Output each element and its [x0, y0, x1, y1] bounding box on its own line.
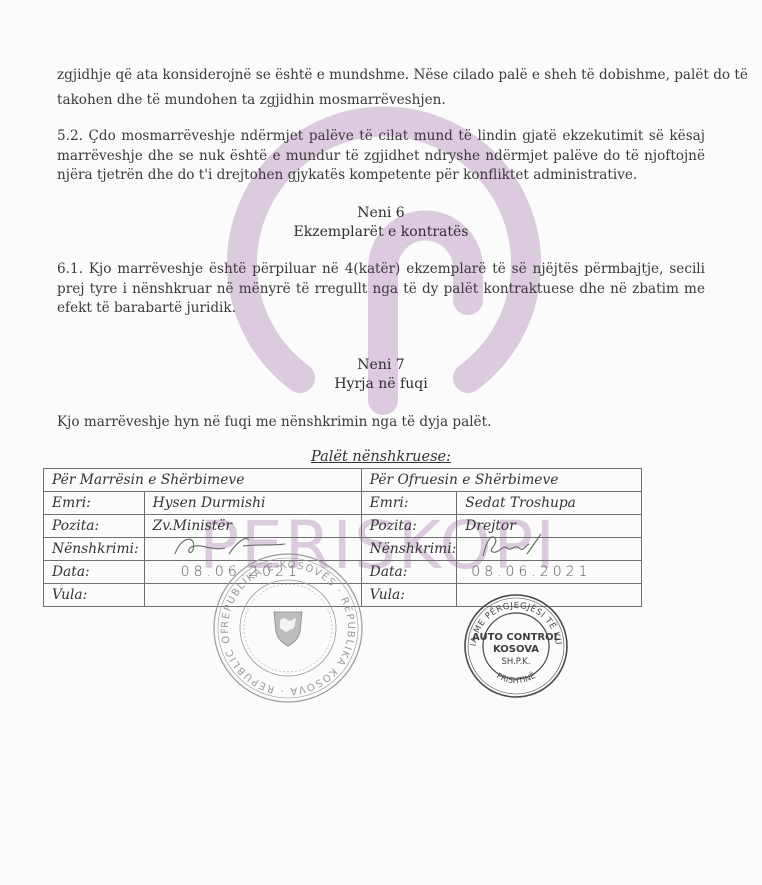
left-signature-cell [144, 538, 361, 561]
paragraph-continuation-line-1: zgjidhje që ata konsiderojnë se është e … [57, 66, 748, 84]
article-7-title: Hyrja në fuqi [0, 375, 762, 394]
right-date-label: Data: [361, 561, 457, 584]
right-date-value: 08.06.2021 [457, 561, 642, 584]
left-date-label: Data: [44, 561, 145, 584]
clause-6-1: 6.1. Kjo marrëveshje është përpiluar në … [57, 260, 705, 319]
right-position-label: Pozita: [361, 515, 457, 538]
right-signature-label: Nënshkrimi: [361, 538, 457, 561]
handwritten-signature-icon [167, 532, 287, 560]
right-handwritten-date: 08.06.2021 [471, 564, 591, 580]
left-date-value: 08.06.2021 [144, 561, 361, 584]
right-party-header: Për Ofruesin e Shërbimeve [361, 469, 641, 492]
signatories-title: Palët nënshkruese: [0, 449, 762, 465]
table-row: Emri: Hysen Durmishi Emri: Sedat Troshup… [44, 492, 642, 515]
article-6-title: Ekzemplarët e kontratës [0, 223, 762, 242]
table-row: Nënshkrimi: Nënshkrimi: [44, 538, 642, 561]
auto-control-kosova-seal-icon: SHOQËRIA ME PËRGJEGJËSI TË KUFIZUARA PRI… [462, 592, 570, 700]
article-6-number: Neni 6 [0, 204, 762, 223]
left-position-label: Pozita: [44, 515, 145, 538]
right-name-value: Sedat Troshupa [457, 492, 642, 515]
svg-text:AUTO CONTROL: AUTO CONTROL [472, 632, 561, 643]
left-handwritten-date: 08.06.2021 [181, 564, 301, 580]
right-seal-value [457, 584, 642, 607]
right-name-label: Emri: [361, 492, 457, 515]
article-7-body: Kjo marrëveshje hyn në fuqi me nënshkrim… [57, 413, 491, 431]
table-row: Vula: Vula: [44, 584, 642, 607]
svg-text:KOSOVA: KOSOVA [493, 644, 539, 655]
right-signature-cell [457, 538, 642, 561]
left-name-label: Emri: [44, 492, 145, 515]
left-signature-label: Nënshkrimi: [44, 538, 145, 561]
table-row: Për Marrësin e Shërbimeve Për Ofruesin e… [44, 469, 642, 492]
clause-5-2: 5.2. Çdo mosmarrëveshje ndërmjet palëve … [57, 127, 705, 186]
paragraph-continuation-line-2: takohen dhe të mundohen ta zgjidhin mosm… [57, 91, 446, 109]
left-party-header: Për Marrësin e Shërbimeve [44, 469, 362, 492]
right-seal-label: Vula: [361, 584, 457, 607]
left-seal-label: Vula: [44, 584, 145, 607]
handwritten-signature-icon [477, 530, 557, 560]
left-name-value: Hysen Durmishi [144, 492, 361, 515]
svg-text:SH.P.K.: SH.P.K. [501, 657, 530, 667]
article-7-number: Neni 7 [0, 356, 762, 375]
left-seal-value [144, 584, 361, 607]
table-row: Data: 08.06.2021 Data: 08.06.2021 [44, 561, 642, 584]
signature-table: Për Marrësin e Shërbimeve Për Ofruesin e… [43, 468, 642, 607]
svg-text:PRISHTINË: PRISHTINË [495, 670, 537, 685]
